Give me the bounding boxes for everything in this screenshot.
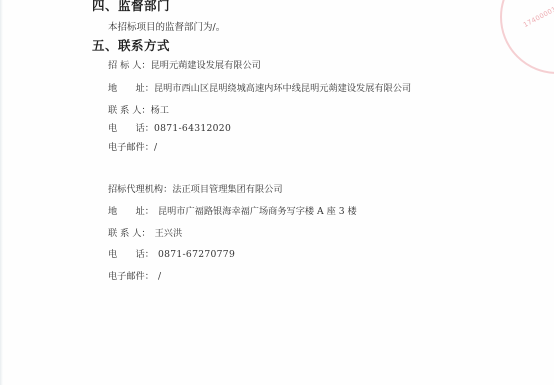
agency-phone-row: 电 话： 0871-67270779	[108, 246, 235, 260]
supervision-text: 本招标项目的监督部门为/。	[108, 19, 225, 33]
tenderer-contact-row: 联 系 人： 杨工	[108, 102, 169, 116]
tenderer-phone-value: 0871-64312020	[154, 123, 231, 134]
tenderer-address-row: 地 址： 昆明市西山区昆明绕城高速内环中线昆明元蒴建设发展有限公司	[108, 80, 411, 94]
tenderer-contact-label: 联 系 人：	[108, 102, 151, 116]
agency-address-value: 昆明市广福路银海幸福广场商务写字楼 A 座 3 楼	[158, 203, 357, 217]
agency-contact-label: 联 系 人：	[108, 225, 151, 239]
agency-contact-value: 王兴洪	[155, 225, 183, 239]
tenderer-name-row: 招 标 人： 昆明元蒴建设发展有限公司	[108, 57, 261, 71]
tenderer-phone-row: 电 话： 0871-64312020	[108, 120, 231, 134]
agency-name-row: 招标代理机构： 法正项目管理集团有限公司	[108, 181, 283, 195]
agency-contact-row: 联 系 人： 王兴洪	[108, 225, 182, 239]
tenderer-address-value: 昆明市西山区昆明绕城高速内环中线昆明元蒴建设发展有限公司	[154, 80, 411, 94]
agency-email-label: 电子邮件：	[108, 268, 154, 282]
agency-name-label: 招标代理机构：	[108, 181, 172, 195]
section-heading-contact: 五、联系方式	[92, 36, 170, 54]
tenderer-name-label: 招 标 人：	[108, 57, 151, 71]
tenderer-email-label: 电子邮件：	[108, 139, 154, 153]
tenderer-phone-label: 电 话：	[108, 120, 154, 134]
agency-email-row: 电子邮件： /	[108, 268, 161, 282]
agency-address-label: 地 址：	[108, 203, 154, 217]
tenderer-contact-value: 杨工	[151, 102, 169, 116]
tenderer-name-value: 昆明元蒴建设发展有限公司	[151, 57, 261, 71]
agency-phone-value: 0871-67270779	[158, 249, 235, 260]
agency-phone-label: 电 话：	[108, 246, 154, 260]
document-page: 17400001 四、监督部门 本招标项目的监督部门为/。 五、联系方式 招 标…	[0, 0, 554, 385]
page-edge-shadow	[0, 0, 3, 385]
agency-name-value: 法正项目管理集团有限公司	[172, 181, 282, 195]
agency-address-row: 地 址： 昆明市广福路银海幸福广场商务写字楼 A 座 3 楼	[108, 203, 357, 217]
agency-email-value: /	[158, 271, 161, 282]
tenderer-address-label: 地 址：	[108, 80, 154, 94]
tenderer-email-value: /	[154, 142, 157, 153]
section-heading-supervision: 四、监督部门	[92, 0, 170, 14]
tenderer-email-row: 电子邮件： /	[108, 139, 157, 153]
